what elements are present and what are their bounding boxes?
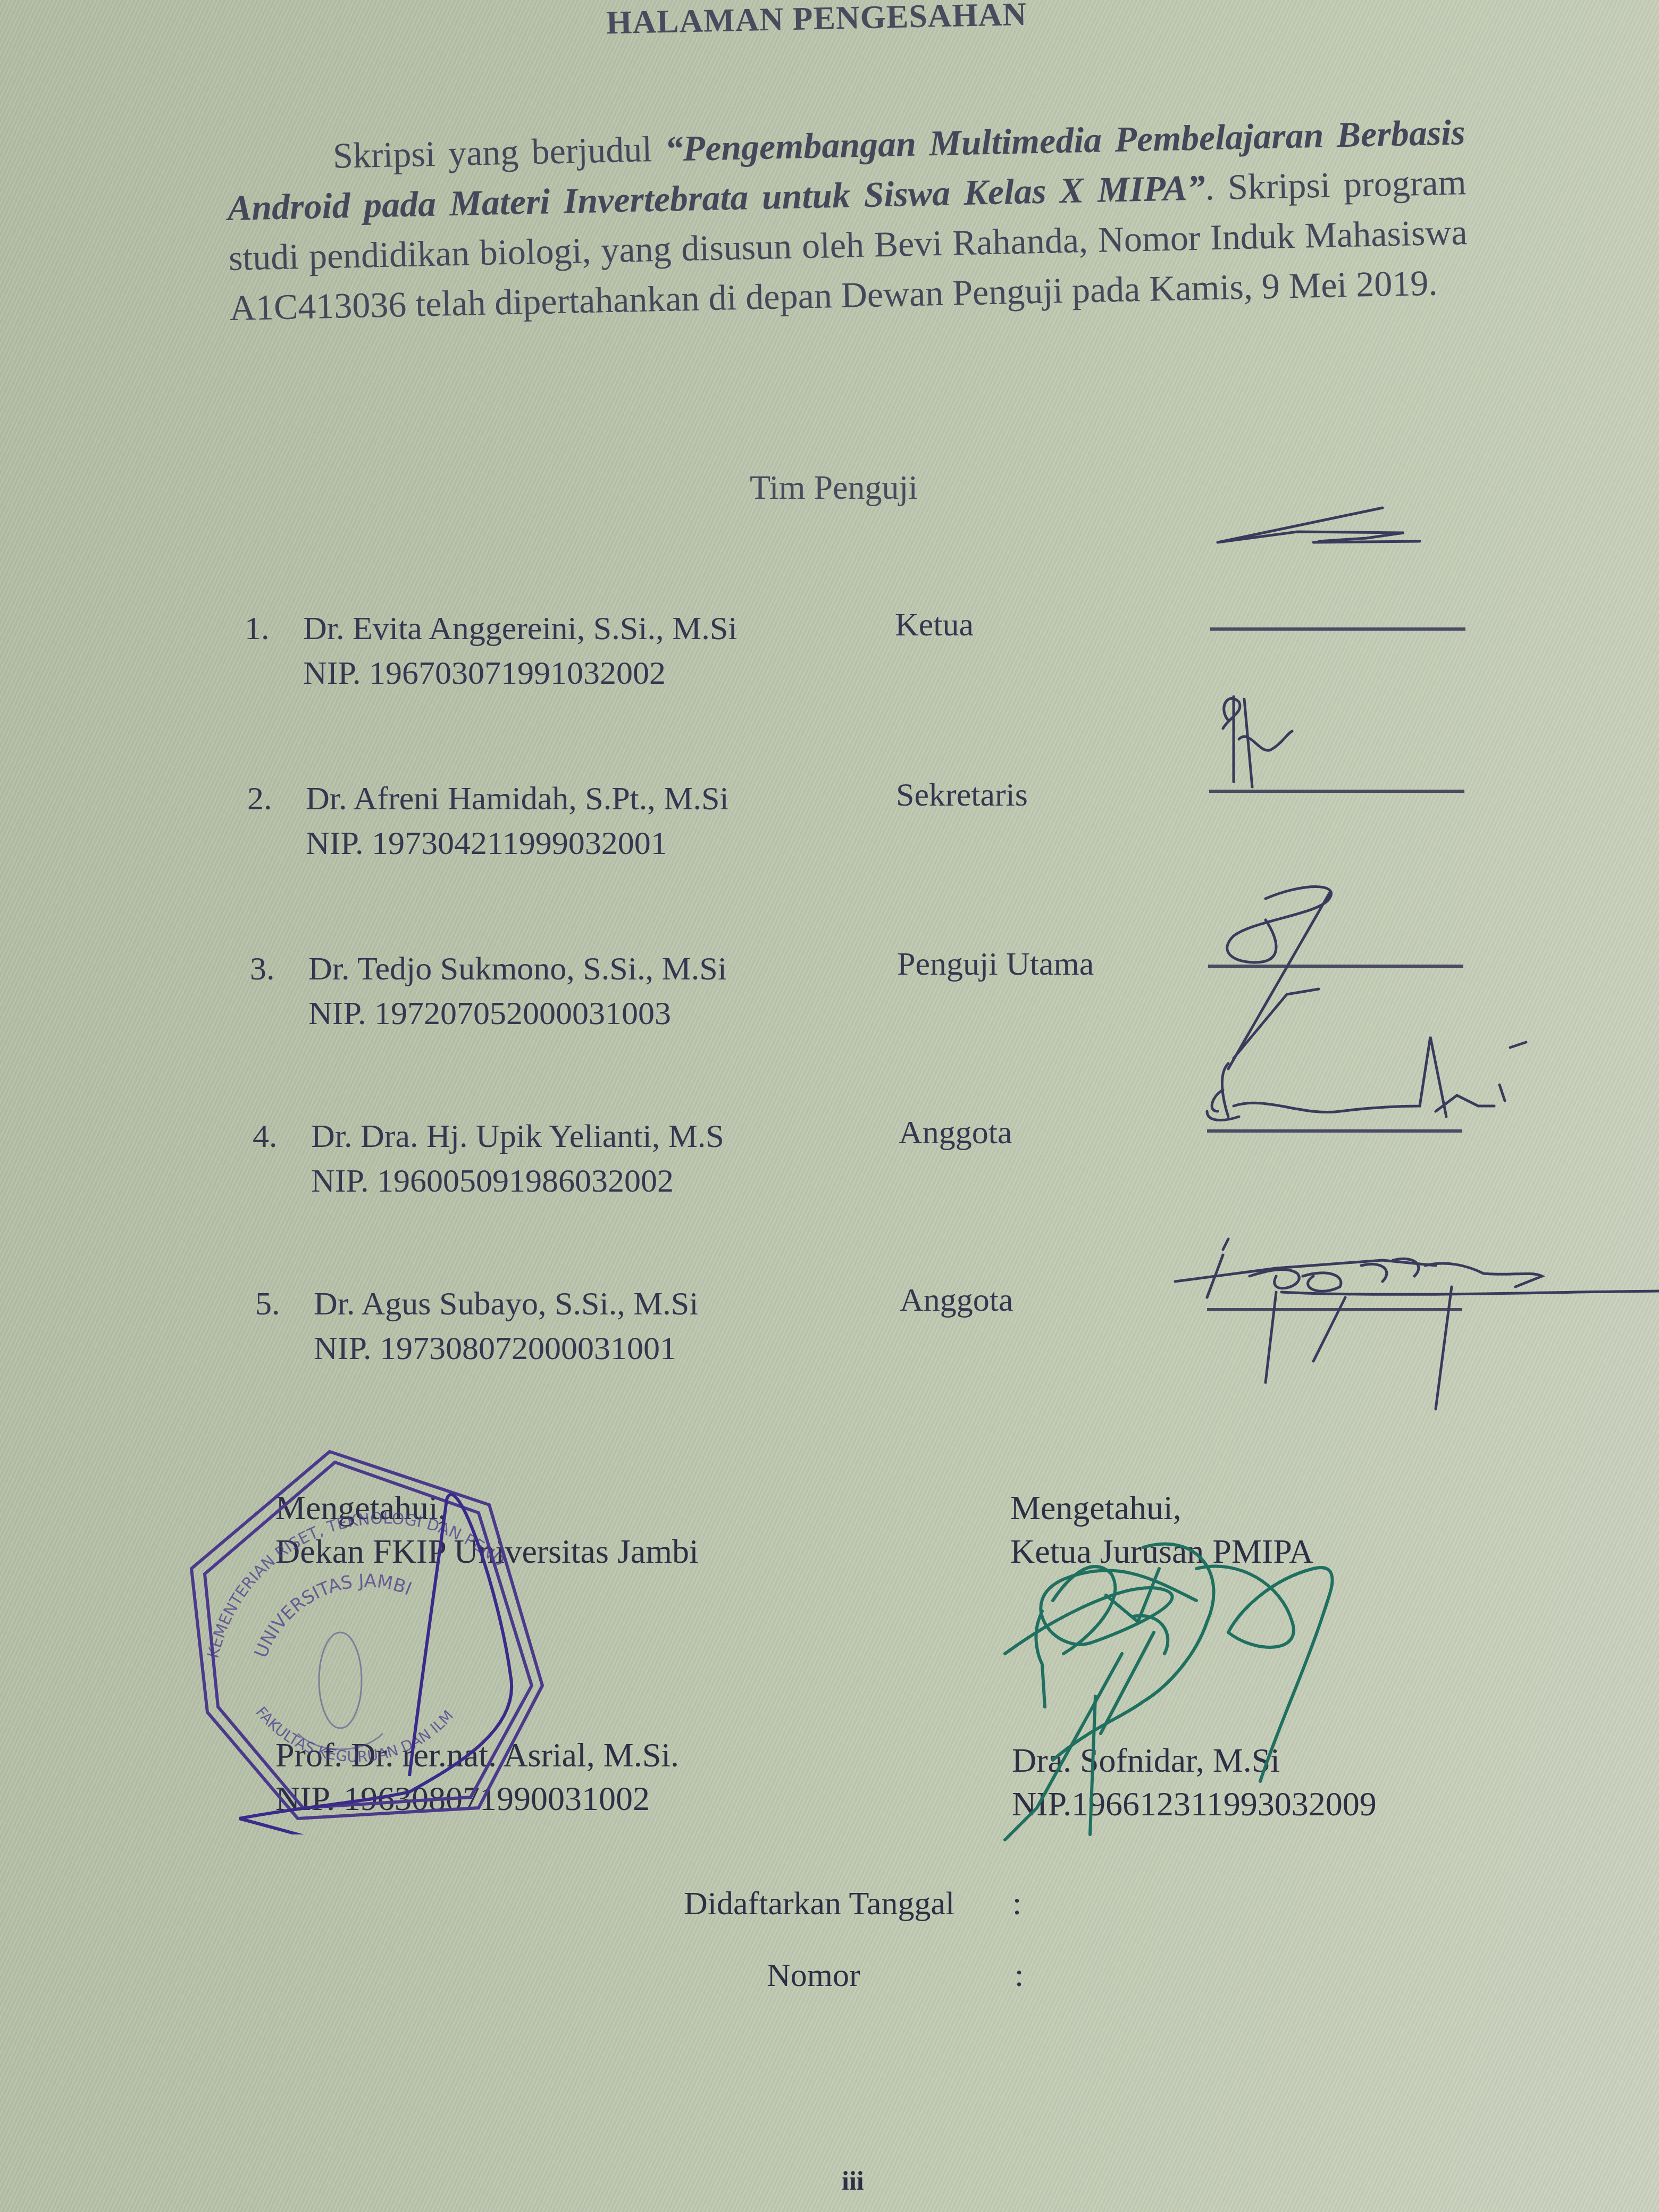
signature-5-tail	[1281, 1291, 1659, 1294]
svg-text:KEMENTERIAN RISET, TEKNOLOGI D: KEMENTERIAN RISET, TEKNOLOGI DAN PENDIDI…	[160, 1436, 508, 1660]
page-number: iii	[842, 2165, 864, 2196]
signature-3	[1227, 887, 1331, 1069]
examiner-signatures	[0, 0, 1659, 2212]
head-dept-signature	[984, 1462, 1569, 1861]
registration-date-label: Didaftarkan Tanggal	[684, 1885, 954, 1923]
registration-number-separator: :	[1015, 1957, 1024, 1995]
signature-1	[1218, 508, 1420, 542]
svg-text:UNIVERSITAS JAMBI: UNIVERSITAS JAMBI	[250, 1570, 415, 1661]
document-page: HALAMAN PENGESAHAN Skripsi yang berjudul…	[0, 0, 1659, 2212]
signature-5	[1175, 1239, 1542, 1409]
registration-number-label: Nomor	[767, 1957, 860, 1995]
signature-2	[1223, 697, 1292, 787]
faculty-stamp: KEMENTERIAN RISET, TEKNOLOGI DAN PENDIDI…	[160, 1436, 638, 1834]
signature-4	[1207, 1037, 1526, 1120]
stamp-emblem	[298, 1632, 383, 1749]
registration-date-separator: :	[1012, 1885, 1021, 1923]
